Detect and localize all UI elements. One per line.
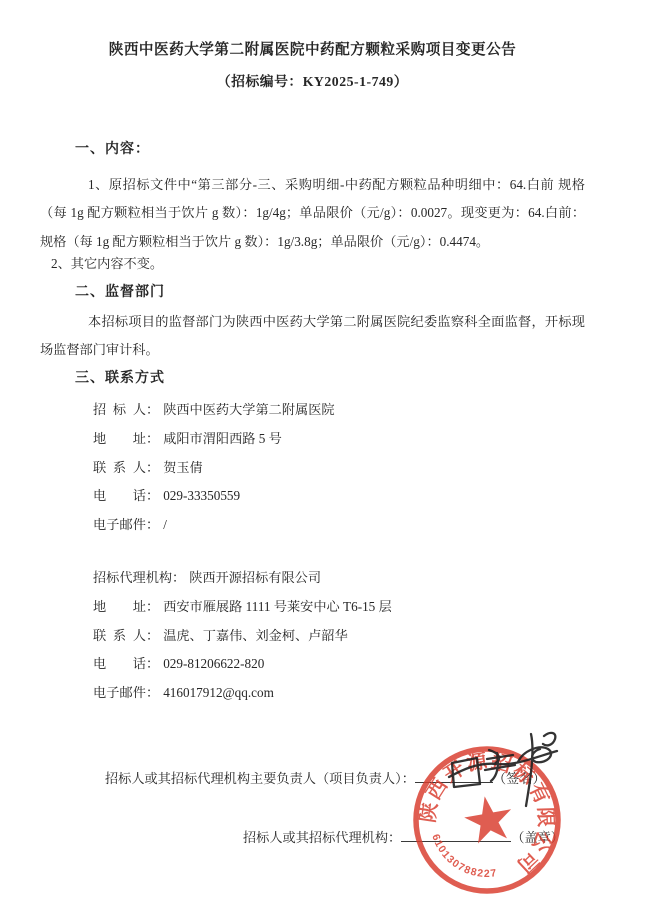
contact-person-label: 联系人 (93, 622, 146, 651)
phone-label: 电话 (93, 482, 146, 511)
colon: ： (146, 685, 159, 700)
colon: ： (146, 488, 159, 503)
colon: ： (172, 570, 185, 585)
document-content: 陕西中医药大学第二附属医院中药配方颗粒采购项目变更公告 （招标编号：KY2025… (0, 0, 666, 852)
agency-phone-row: 电话：029-81206622-820 (40, 650, 585, 679)
contact-person-label: 联系人 (93, 454, 146, 483)
agency-address: 西安市雁展路 1111 号莱安中心 T6-15 层 (159, 599, 392, 614)
agency-contact-persons: 温虎、丁嘉伟、刘金柯、卢韶华 (159, 628, 348, 643)
address-label: 地址 (93, 425, 146, 454)
agency-phone: 029-81206622-820 (159, 656, 264, 671)
agency-email-row: 电子邮件：416017912@qq.com (40, 679, 585, 708)
stamp-line: 招标人或其招标代理机构：（盖章） (40, 824, 585, 853)
tenderer-contact-row: 联系人：贺玉倩 (40, 454, 585, 483)
section-2-heading: 二、监督部门 (40, 279, 585, 308)
tender-number: （招标编号：KY2025-1-749） (40, 70, 585, 94)
signature-blank-line (415, 767, 493, 783)
section-2-paragraph: 本招标项目的监督部门为陕西中医药大学第二附属医院纪委监察科全面监督，开标现场监督… (40, 308, 585, 365)
section-3-heading: 三、联系方式 (40, 365, 585, 394)
colon: ： (146, 628, 159, 643)
stamp-blank-line (401, 826, 511, 842)
colon: ： (146, 517, 159, 532)
tenderer-email: / (159, 517, 167, 532)
tenderer-name: 陕西中医药大学第二附属医院 (159, 402, 334, 417)
signature-line-label: 招标人或其招标代理机构主要负责人（项目负责人）： (105, 771, 415, 786)
tenderer-contact-person: 贺玉倩 (159, 460, 203, 475)
agency-row: 招标代理机构：陕西开源招标有限公司 (40, 564, 585, 593)
email-label: 电子邮件 (93, 511, 146, 540)
address-label: 地址 (93, 593, 146, 622)
agency-contact-row: 联系人：温虎、丁嘉伟、刘金柯、卢韶华 (40, 622, 585, 651)
tenderer-phone: 029-33350559 (159, 488, 240, 503)
page-title: 陕西中医药大学第二附属医院中药配方颗粒采购项目变更公告 (40, 38, 585, 62)
colon: ： (146, 460, 159, 475)
agency-email: 416017912@qq.com (159, 685, 274, 700)
colon: ： (146, 656, 159, 671)
tenderer-row: 招标人：陕西中医药大学第二附属医院 (40, 396, 585, 425)
stamp-suffix: （盖章） (511, 830, 564, 845)
signature-suffix: （签名） (493, 771, 546, 786)
agency-address-row: 地址：西安市雁展路 1111 号莱安中心 T6-15 层 (40, 593, 585, 622)
colon: ： (146, 431, 159, 446)
stamp-line-label: 招标人或其招标代理机构： (243, 830, 401, 845)
tenderer-email-row: 电子邮件：/ (40, 511, 585, 540)
document-page: 陕西中医药大学第二附属医院中药配方颗粒采购项目变更公告 （招标编号：KY2025… (0, 0, 666, 903)
agency-name: 陕西开源招标有限公司 (185, 570, 321, 585)
tenderer-address-row: 地址：咸阳市渭阳西路 5 号 (40, 425, 585, 454)
section-1-heading: 一、内容： (40, 136, 585, 165)
colon: ： (146, 402, 159, 417)
tenderer-label: 招标人 (93, 396, 146, 425)
signature-line: 招标人或其招标代理机构主要负责人（项目负责人）：（签名） (40, 765, 585, 794)
tenderer-phone-row: 电话：029-33350559 (40, 482, 585, 511)
tenderer-address: 咸阳市渭阳西路 5 号 (159, 431, 282, 446)
email-label: 电子邮件 (93, 679, 146, 708)
section-1-paragraph-1: 1、原招标文件中“第三部分-三、采购明细-中药配方颗粒品种明细中：64.白前 规… (40, 171, 585, 257)
phone-label: 电话 (93, 650, 146, 679)
colon: ： (146, 599, 159, 614)
agency-label: 招标代理机构 (93, 564, 172, 593)
